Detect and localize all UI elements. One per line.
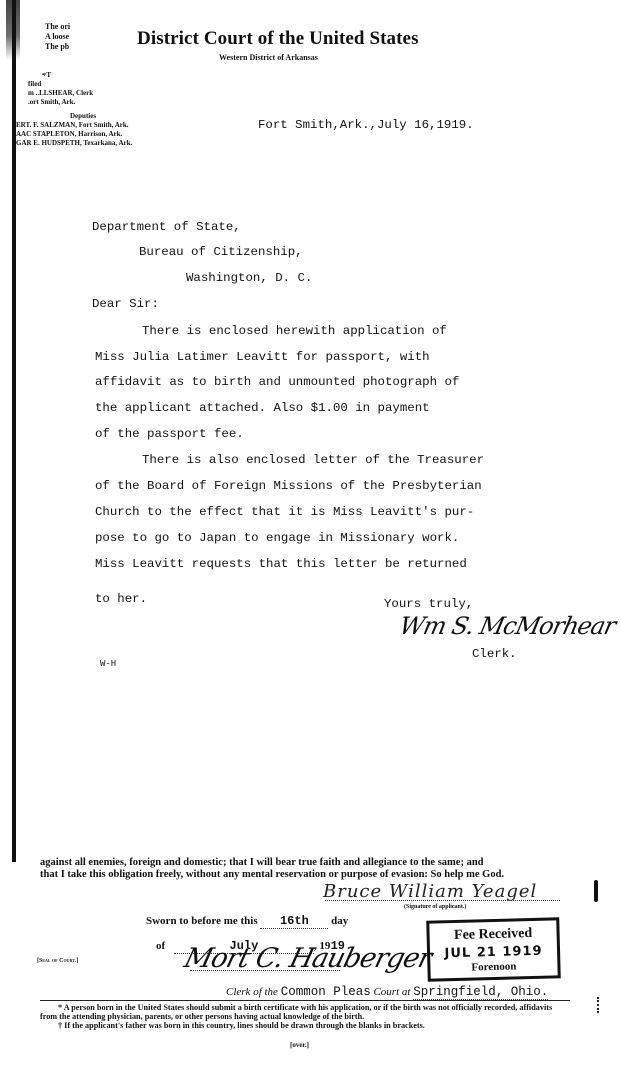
notary-signature-line (190, 970, 340, 971)
stamp-line: Fee Received (429, 925, 556, 944)
body-line: of the Board of Foreign Missions of the … (95, 479, 482, 493)
over-label: [over.] (290, 1041, 309, 1049)
footnote: † If the applicant's father was born in … (40, 1021, 570, 1030)
sidebar-line: ᵃᵖT (42, 71, 132, 80)
deputy: GAR E. HUDSPETH, Texarkana, Ark. (16, 139, 132, 148)
sidebar-line: filed (28, 80, 132, 89)
court-name: Common Pleas (281, 985, 371, 999)
signature-caption: (Signature of applicant.) (404, 904, 466, 910)
sidebar-clerk: m ..LLSHEAR, Clerk (28, 89, 132, 98)
clipped-note: The ori A loose The pb (45, 22, 75, 52)
stamp-line: Forenoon (430, 959, 557, 974)
sidebar-clerk-city: .ort Smith, Ark. (28, 98, 132, 107)
footnotes: * A person born in the United States sho… (40, 1003, 570, 1030)
footnote: * A person born in the United States sho… (40, 1003, 570, 1021)
address-line: Washington, D. C. (186, 271, 312, 285)
letterhead-subtitle: Western District of Arkansas (219, 53, 318, 62)
note-line: The ori (45, 22, 75, 32)
closing: Yours truly, (384, 597, 473, 611)
body-line: the applicant attached. Also $1.00 in pa… (95, 401, 430, 415)
oath-text: against all enemies, foreign and domesti… (40, 857, 580, 880)
note-line: A loose (45, 32, 75, 42)
body-line: Church to the effect that it is Miss Lea… (95, 505, 474, 519)
fee-received-stamp: Fee Received JUL 21 1919 Forenoon (426, 917, 561, 981)
oath-line: against all enemies, foreign and domesti… (40, 857, 580, 869)
body-line: of the passport fee. (95, 427, 244, 441)
sworn-suffix: day (331, 915, 348, 927)
typist-initials: W-H (100, 659, 116, 669)
body-line: Miss Julia Latimer Leavitt for passport,… (95, 350, 430, 364)
clerk-signature: Wm S. McMorhear (397, 612, 618, 640)
body-line: pose to go to Japan to engage in Mission… (95, 531, 459, 545)
body-line: to her. (95, 592, 147, 606)
signer-title: Clerk. (472, 647, 517, 661)
applicant-signature: Bruce William Yeagel (323, 881, 537, 902)
sworn-day: 16th (260, 914, 328, 929)
address-line: Department of State, (92, 220, 241, 234)
letter-date: Fort Smith,Ark.,July 16,1919. (258, 118, 474, 132)
signature-line (325, 900, 560, 901)
deputy: AAC STAPLETON, Harrison, Ark. (16, 130, 132, 139)
salutation: Dear Sir: (92, 297, 159, 311)
court-at-label: Court at (373, 986, 410, 998)
footnote-divider (40, 1000, 570, 1001)
sworn-line: Sworn to before me this 16th day (146, 914, 348, 929)
oath-line: that I take this obligation freely, with… (40, 869, 580, 881)
letterhead-sidebar: ᵃᵖT filed m ..LLSHEAR, Clerk .ort Smith,… (28, 71, 132, 148)
margin-mark (597, 997, 601, 1013)
sworn-prefix: Sworn to before me this (146, 915, 258, 927)
of-label: of (156, 940, 165, 952)
body-line: There is enclosed herewith application o… (142, 324, 447, 338)
body-line: affidavit as to birth and unmounted phot… (95, 375, 459, 389)
deputy: ERT. F. SALZMAN, Fort Smith, Ark. (16, 121, 132, 130)
deputies-heading: Deputies (70, 112, 132, 121)
body-line: Miss Leavitt requests that this letter b… (95, 557, 467, 571)
clerk-of-label: Clerk of the (226, 986, 278, 998)
body-line: There is also enclosed letter of the Tre… (142, 453, 484, 467)
note-line: The pb (45, 42, 75, 52)
court-location: Springfield, Ohio. (413, 985, 548, 1000)
seal-label: [Seal of Court.] (37, 958, 78, 964)
clerk-court-line: Clerk of the Common Pleas Court at Sprin… (226, 985, 548, 999)
margin-mark (594, 880, 598, 902)
address-line: Bureau of Citizenship, (139, 245, 303, 259)
letterhead-title: District Court of the United States (137, 28, 419, 50)
